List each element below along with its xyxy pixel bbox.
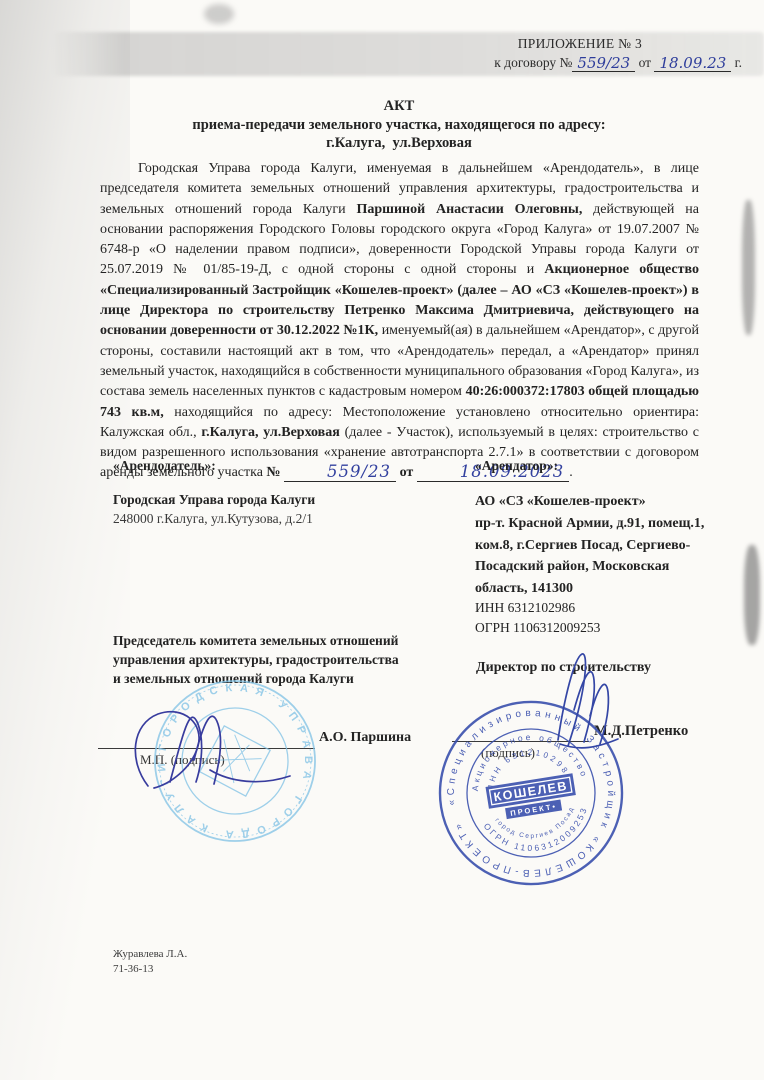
contract-from-label: от [400,465,414,480]
plot-address: г.Калуга, ул.Верховая [201,425,339,440]
lessee-signature-ink [530,640,634,758]
contract-no-field: 559/23 [284,464,396,482]
title-subject: приема-передачи земельного участка, нахо… [100,116,698,135]
lessee-ogrn: ОГРН 1106312009253 [475,618,600,638]
appendix-number: ПРИЛОЖЕНИЕ № 3 [494,34,742,53]
lessee-address-line: область, 141300 [475,578,730,600]
lessee-address-line: пр-т. Красной Армии, д.91, помещ.1, [475,513,730,535]
title-address: г.Калуга, ул.Верховая [100,134,698,153]
appendix-header: ПРИЛОЖЕНИЕ № 3 к договору №559/23 от 18.… [494,34,742,72]
contract-date-handwritten: 18.09.23 [659,54,726,72]
title-act: АКТ [100,97,698,116]
lessee-inn: ИНН 6312102986 [475,598,600,618]
year-suffix: г. [735,55,742,70]
lessor-address: 248000 г.Калуга, ул.Кутузова, д.2/1 [113,510,315,529]
lessor-signature-ink [118,690,328,812]
contract-number-handwritten: 559/23 [577,54,630,72]
contract-no-label: № [266,465,280,480]
lessee-name: АО «СЗ «Кошелев-проект» [475,491,730,513]
contract-number-field: 559/23 [572,56,635,72]
contract-reference: к договору №559/23 от 18.09.23 г. [494,53,742,72]
contract-of-label: от [639,55,651,70]
scan-smudge-top [204,4,234,24]
scan-smudge-right-upper [742,200,755,335]
lessor-name: Городская Управа города Калуги [113,491,315,510]
executor-name: Журавлева Л.А. [113,947,187,962]
contract-date-field: 18.09.23 [654,56,731,72]
lessor-title-line: Председатель комитета земельных отношени… [113,632,399,651]
lessor-heading: «Арендодатель»: [113,458,216,474]
lessor-representative-name: Паршиной Анастасии Олеговны, [356,202,582,217]
executor-footer: Журавлева Л.А. 71-36-13 [113,947,187,976]
contract-no-handwritten: 559/23 [327,462,391,481]
lessee-registration-ids: ИНН 6312102986 ОГРН 1106312009253 [475,598,600,637]
contract-prefix: к договору № [494,55,572,70]
lessee-address-line: ком.8, г.Сергиев Посад, Сергиево- [475,535,730,557]
lessee-address-block: АО «СЗ «Кошелев-проект» пр-т. Красной Ар… [475,491,730,600]
lessee-address-line: Посадский район, Московская [475,556,730,578]
act-body-paragraph: Городская Управа города Калуги, именуема… [100,159,699,484]
executor-phone: 71-36-13 [113,962,187,977]
lessee-heading: «Арендатор»: [475,458,558,474]
scanned-act-document: { "header": { "appendix": "ПРИЛОЖЕНИЕ № … [0,0,764,1080]
lessor-address-block: Городская Управа города Калуги 248000 г.… [113,491,315,528]
period: . [569,465,573,480]
koshelev-logo: КОШЕЛЕВ ПРОЕКТ• [486,773,578,821]
document-title: АКТ приема-передачи земельного участка, … [100,97,698,153]
scan-smudge-right-lower [744,545,760,645]
